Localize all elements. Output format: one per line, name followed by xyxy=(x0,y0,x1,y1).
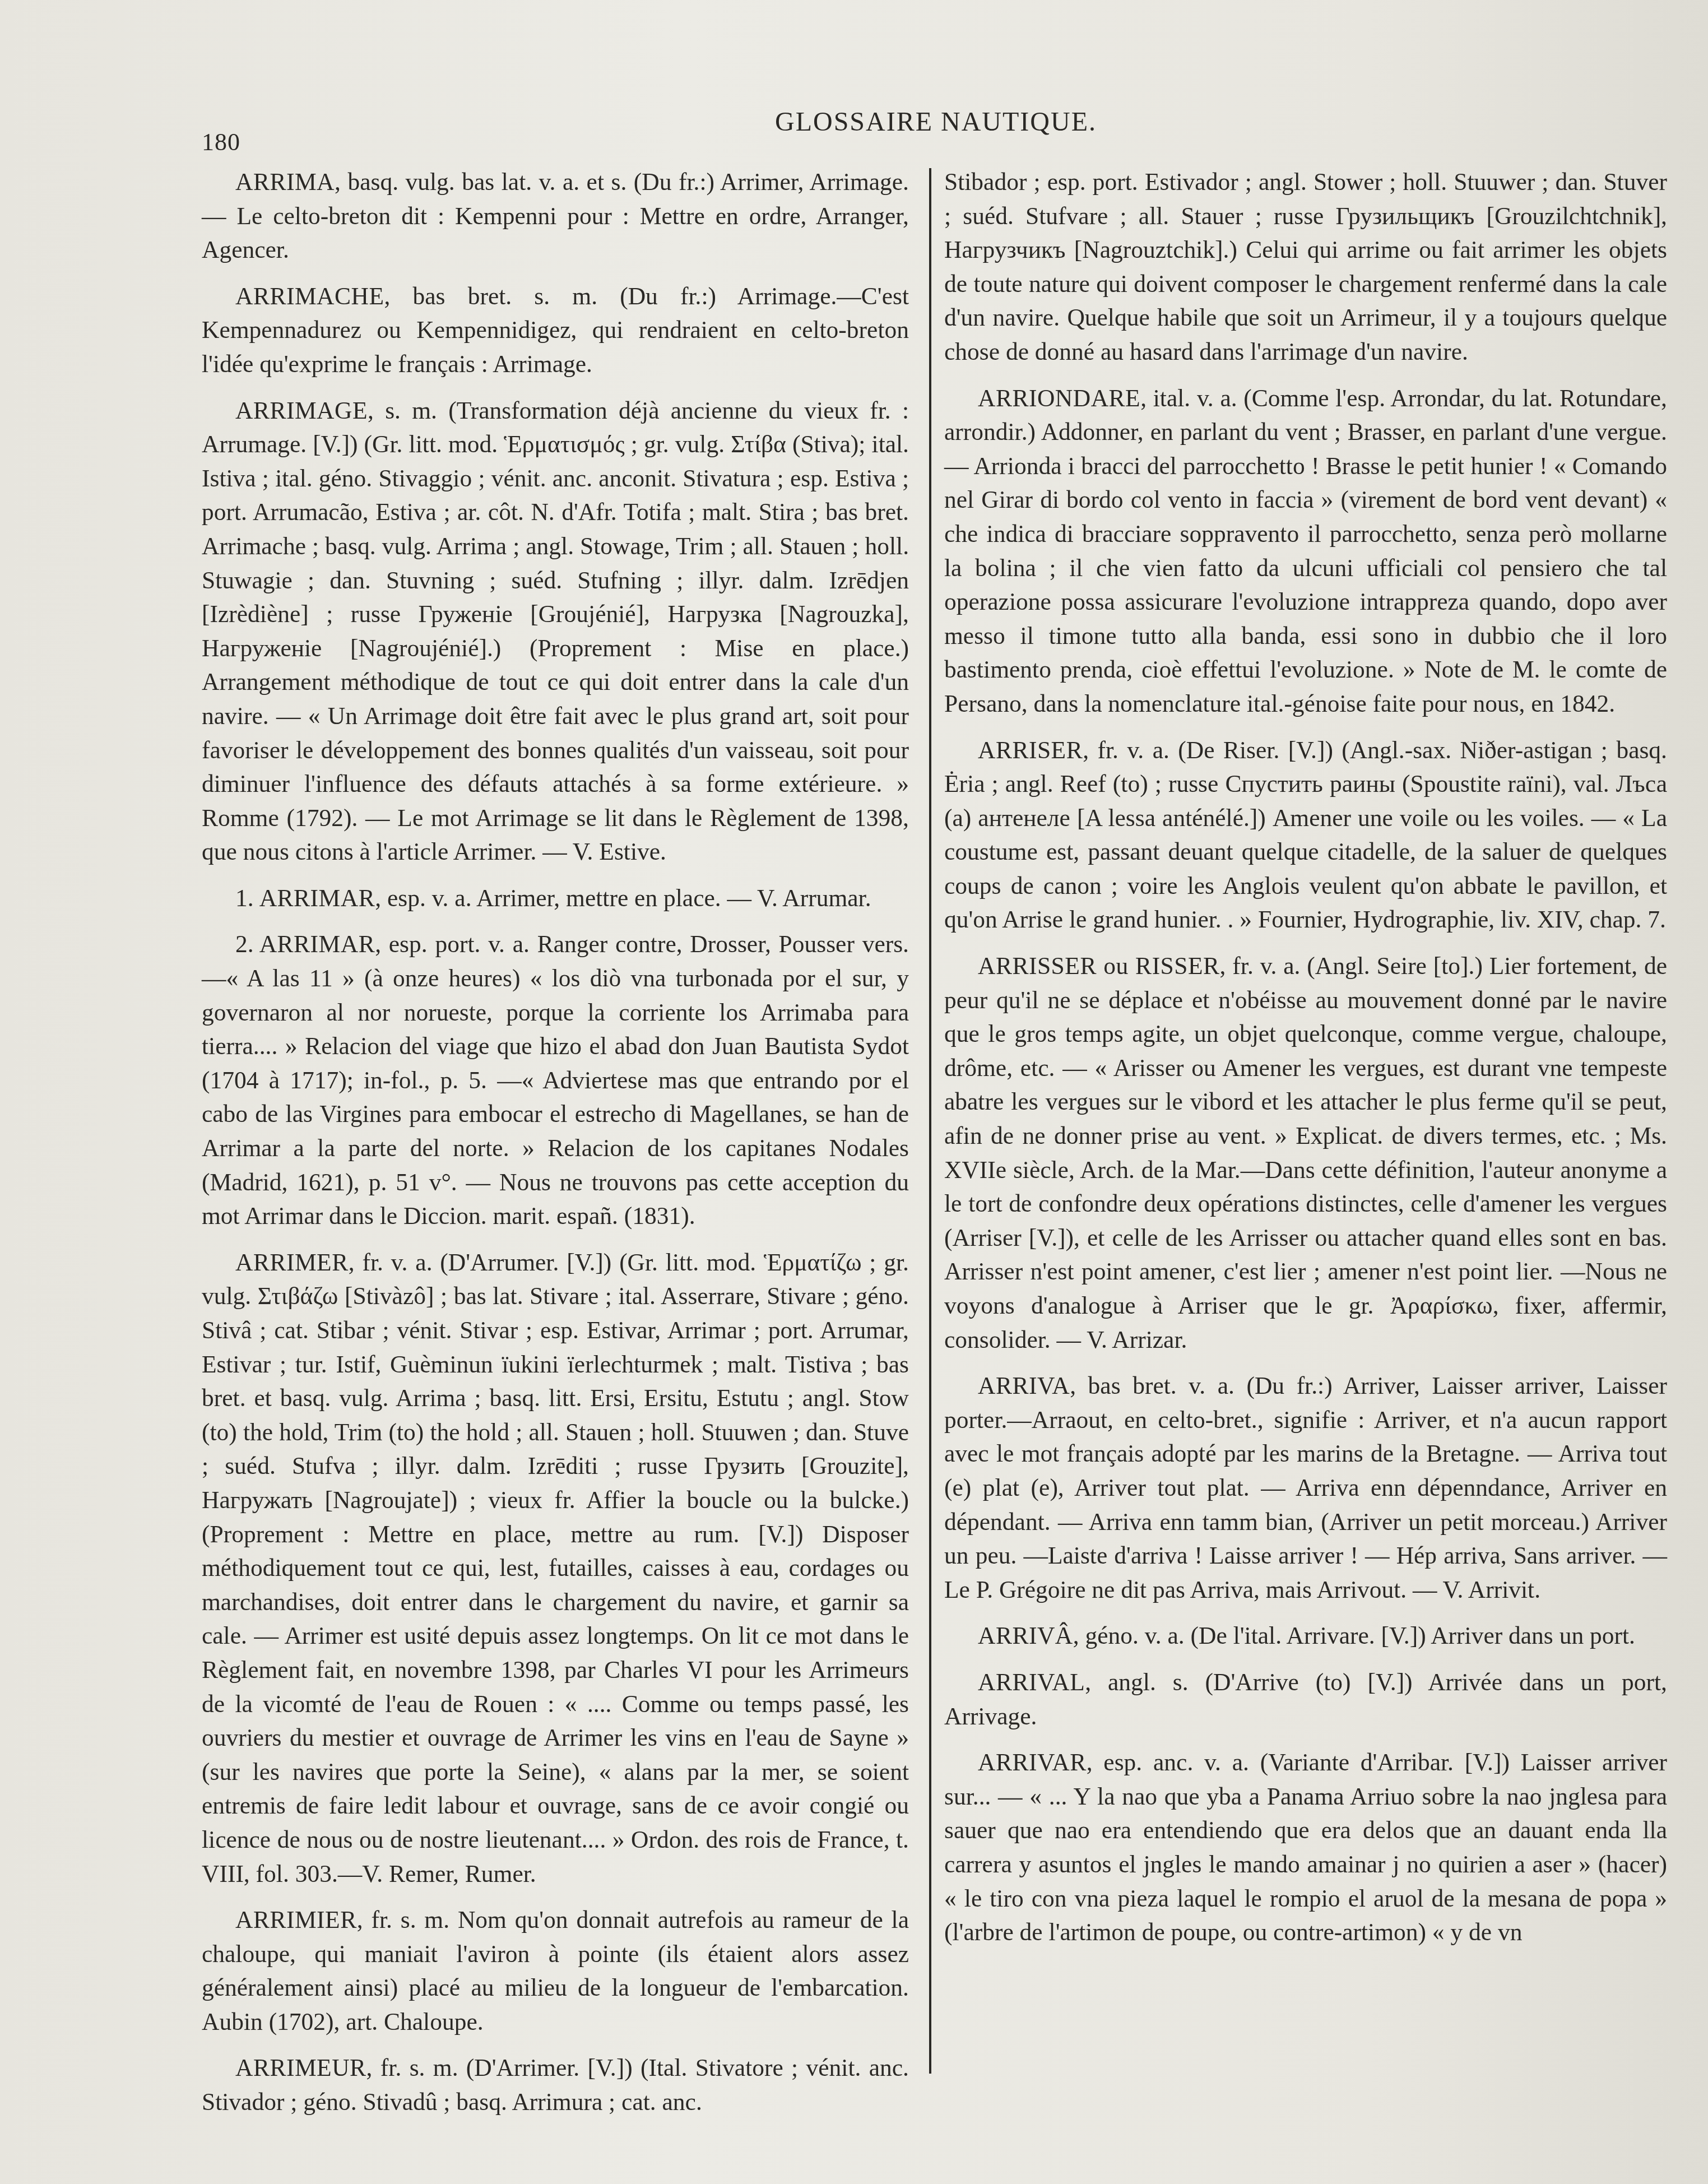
entry-headword: ARRIVÂ xyxy=(978,1622,1073,1649)
right-column: Stibador ; esp. port. Estivador ; angl. … xyxy=(944,165,1667,1962)
entry-text: , ital. v. a. (Comme l'esp. Arrondar, du… xyxy=(944,385,1667,717)
entry-headword: ARRIMAGE xyxy=(235,397,368,424)
entry-text: , esp. port. v. a. Ranger contre, Drosse… xyxy=(202,931,909,1230)
dictionary-entry: ARRIMIER, fr. s. m. Nom qu'on donnait au… xyxy=(202,1903,909,2039)
entry-text: , fr. v. a. (De Riser. [V.]) (Angl.-sax.… xyxy=(944,737,1667,934)
entry-headword: ARRIVAR xyxy=(978,1749,1087,1776)
entry-headword: ARRISSER ou RISSER xyxy=(978,953,1220,980)
dictionary-entry: ARRIVÂ, géno. v. a. (De l'ital. Arrivare… xyxy=(944,1619,1667,1653)
entry-text: , géno. v. a. (De l'ital. Arrivare. [V.]… xyxy=(1073,1622,1635,1649)
entry-text: , s. m. (Transformation déjà ancienne du… xyxy=(202,397,909,866)
entry-headword: ARRIVA xyxy=(978,1372,1070,1399)
entry-text: , fr. v. a. (D'Arrumer. [V.]) (Gr. litt.… xyxy=(202,1249,909,1888)
dictionary-entry: ARRIMER, fr. v. a. (D'Arrumer. [V.]) (Gr… xyxy=(202,1246,909,1891)
dictionary-entry: ARRISSER ou RISSER, fr. v. a. (Angl. Sei… xyxy=(944,949,1667,1357)
entry-headword: ARRIMA xyxy=(235,169,335,196)
entry-headword: ARRIMACHE xyxy=(235,283,384,310)
entry-text: Stibador ; esp. port. Estivador ; angl. … xyxy=(944,169,1667,365)
book-page: 180 GLOSSAIRE NAUTIQUE. ARRIMA, basq. vu… xyxy=(0,0,1708,2184)
dictionary-entry: ARRIVAL, angl. s. (D'Arrive (to) [V.]) A… xyxy=(944,1666,1667,1733)
entry-headword: ARRIMEUR xyxy=(235,2055,366,2081)
column-divider-rule xyxy=(929,168,931,2074)
entry-headword: ARRIMER xyxy=(235,1249,349,1276)
entry-text: , esp. v. a. Arrimer, mettre en place. —… xyxy=(375,885,871,912)
entry-text: , bas bret. v. a. (Du fr.:) Arriver, Lai… xyxy=(944,1372,1667,1603)
running-head: 180 GLOSSAIRE NAUTIQUE. xyxy=(202,106,1670,151)
dictionary-entry: ARRISER, fr. v. a. (De Riser. [V.]) (Ang… xyxy=(944,734,1667,938)
dictionary-entry-continuation: Stibador ; esp. port. Estivador ; angl. … xyxy=(944,165,1667,369)
dictionary-entry: 1.ARRIMAR, esp. v. a. Arrimer, mettre en… xyxy=(202,882,909,916)
dictionary-entry: ARRIMA, basq. vulg. bas lat. v. a. et s.… xyxy=(202,165,909,267)
entry-headword: ARRIMAR xyxy=(259,931,375,958)
running-title: GLOSSAIRE NAUTIQUE. xyxy=(202,106,1670,137)
entry-headword: ARRIONDARE xyxy=(978,385,1140,412)
entry-text: , fr. v. a. (Angl. Seire [to].) Lier for… xyxy=(944,953,1667,1353)
entry-sense-number: 2. xyxy=(235,931,254,958)
entry-sense-number: 1. xyxy=(235,885,254,912)
dictionary-entry: ARRIMACHE, bas bret. s. m. (Du fr.:) Arr… xyxy=(202,280,909,382)
entry-headword: ARRIMAR xyxy=(259,885,375,912)
entry-text: , esp. anc. v. a. (Variante d'Arribar. [… xyxy=(944,1749,1667,1946)
dictionary-entry: ARRIMEUR, fr. s. m. (D'Arrimer. [V.]) (I… xyxy=(202,2051,909,2119)
entry-headword: ARRIMIER xyxy=(235,1907,357,1933)
entry-headword: ARRISER xyxy=(978,737,1083,764)
dictionary-entry: ARRIVAR, esp. anc. v. a. (Variante d'Arr… xyxy=(944,1746,1667,1950)
dictionary-entry: 2.ARRIMAR, esp. port. v. a. Ranger contr… xyxy=(202,928,909,1233)
left-column: ARRIMA, basq. vulg. bas lat. v. a. et s.… xyxy=(202,165,909,2132)
dictionary-entry: ARRIVA, bas bret. v. a. (Du fr.:) Arrive… xyxy=(944,1369,1667,1607)
dictionary-entry: ARRIMAGE, s. m. (Transformation déjà anc… xyxy=(202,394,909,869)
dictionary-entry: ARRIONDARE, ital. v. a. (Comme l'esp. Ar… xyxy=(944,382,1667,721)
entry-headword: ARRIVAL xyxy=(978,1669,1085,1696)
